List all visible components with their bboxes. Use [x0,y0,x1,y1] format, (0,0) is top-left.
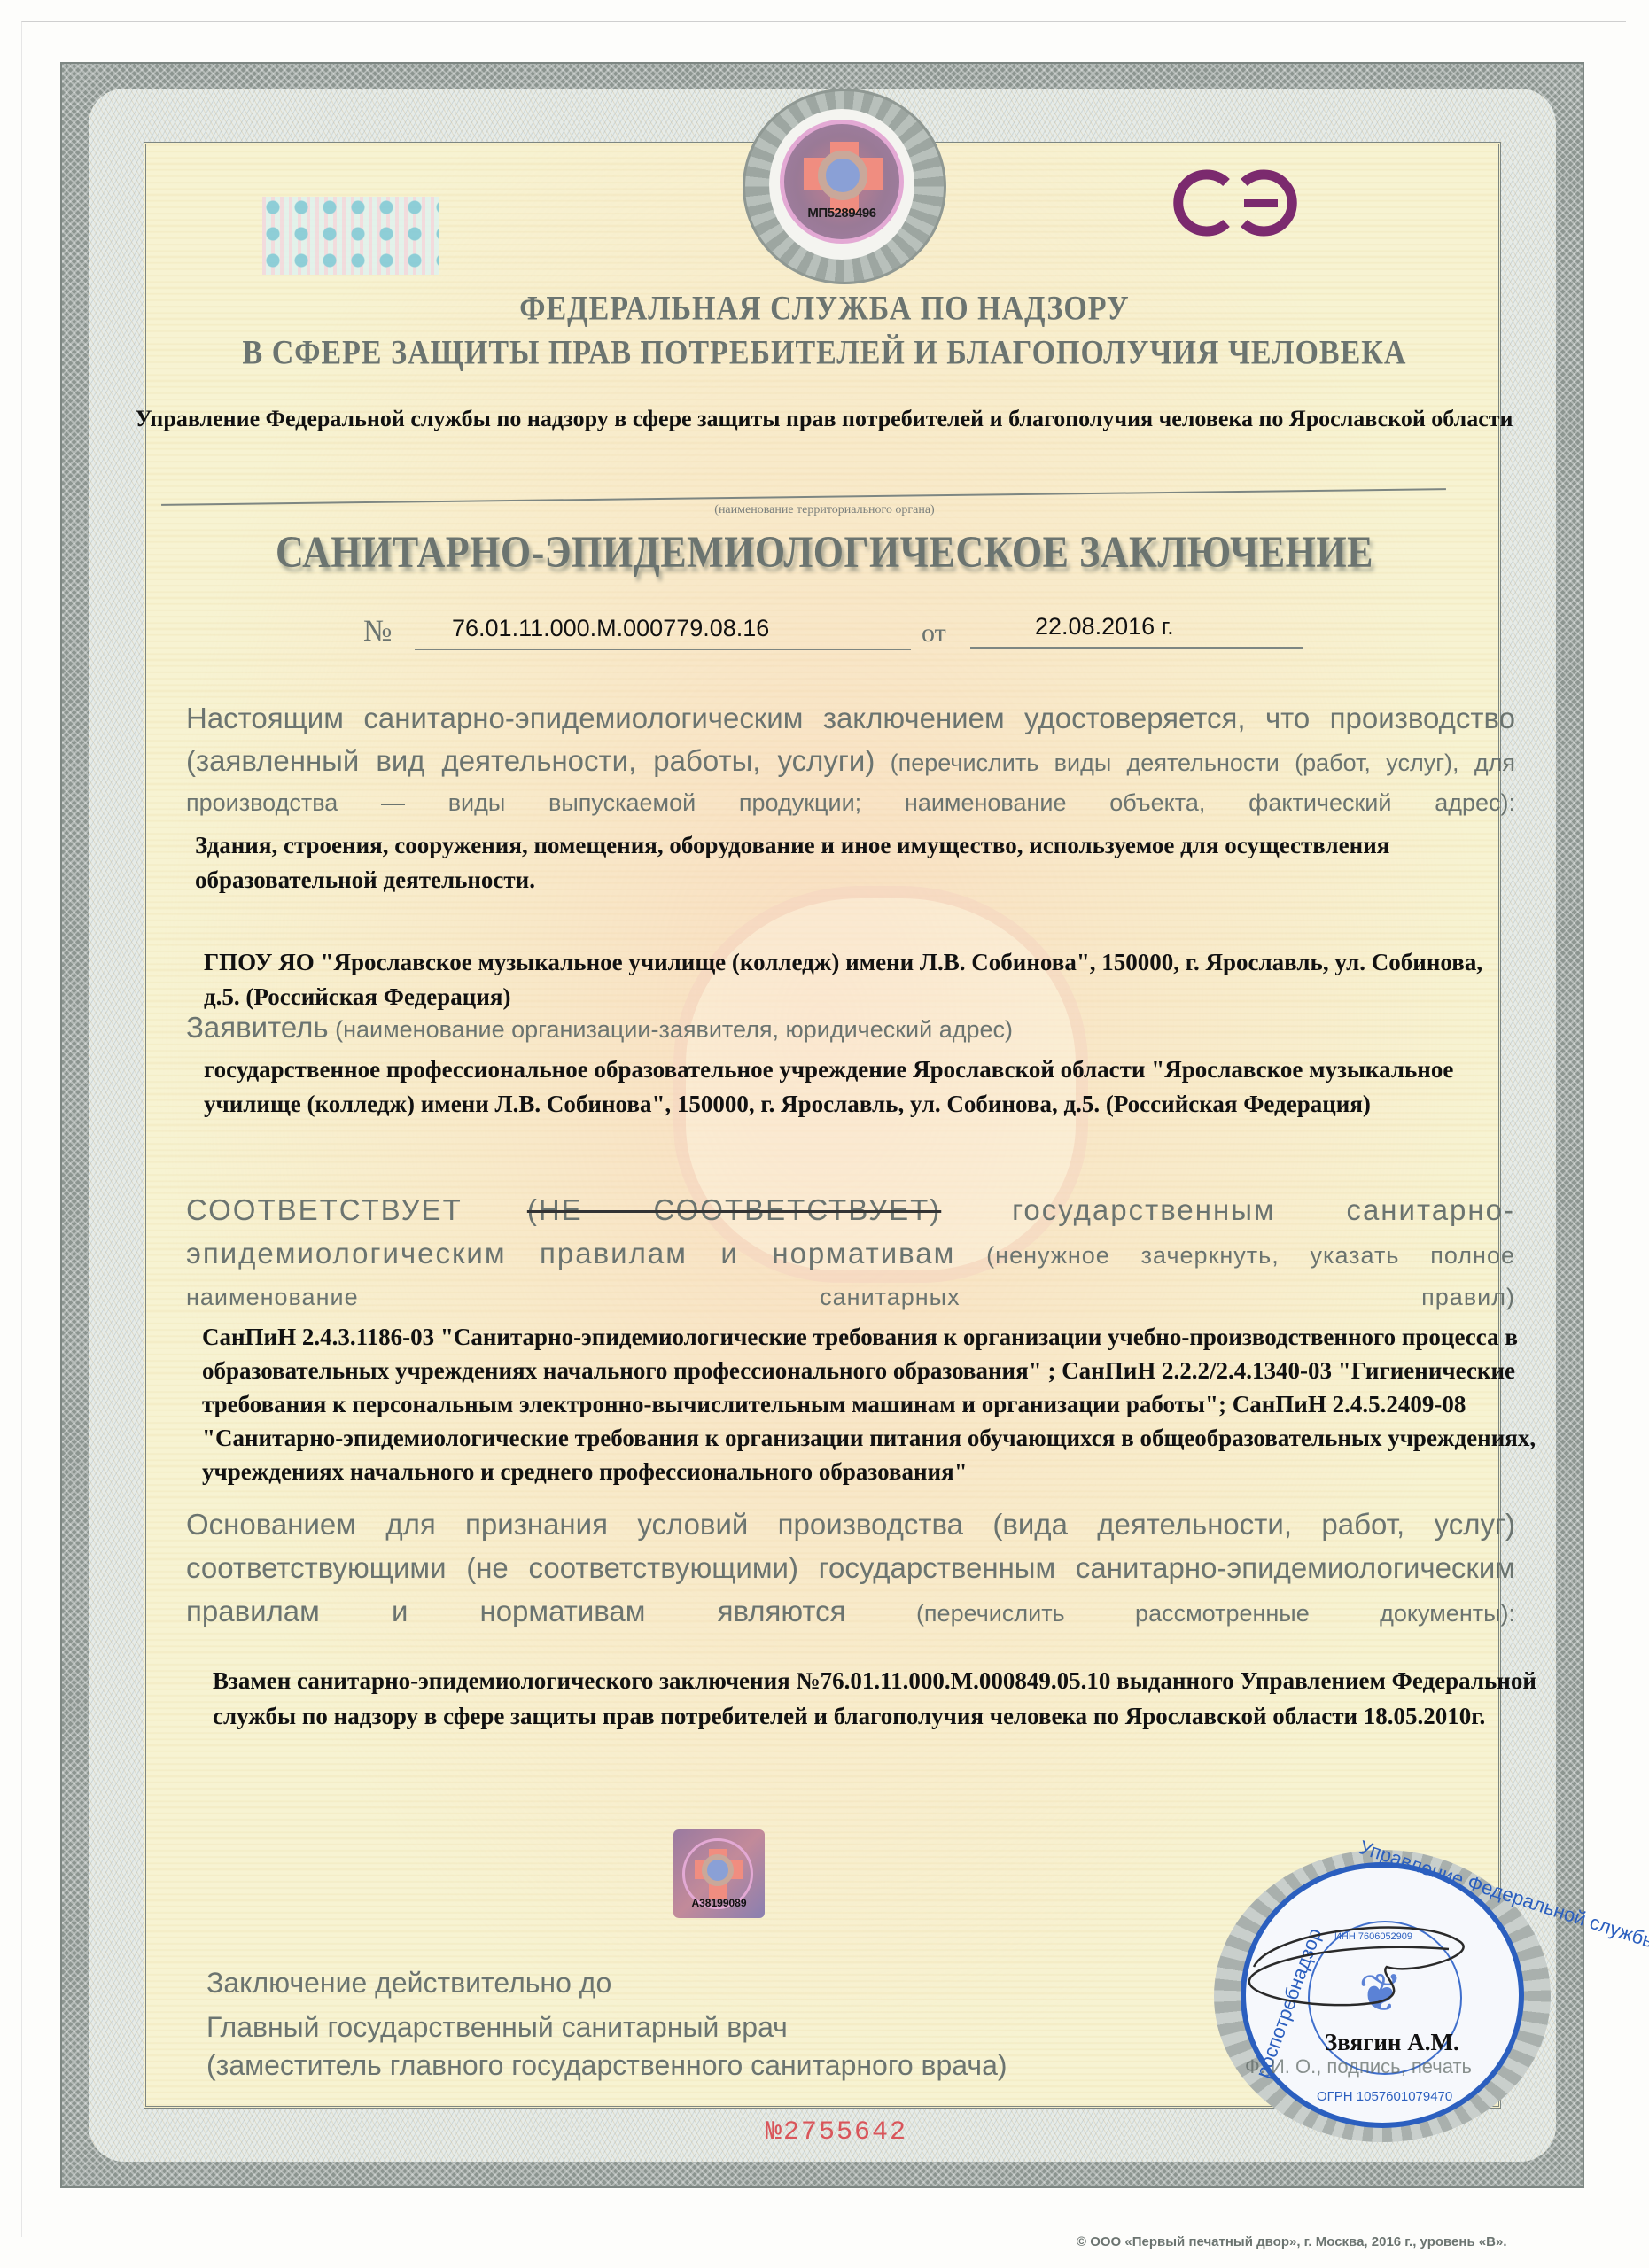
basis-paragraph: Основанием для признания условий произво… [186,1506,1515,1636]
document-date: 22.08.2016 г. [1035,613,1174,641]
stamp-ogrn: ОГРН 1057601079470 [1317,2089,1452,2104]
printer-credit: © ООО «Первый печатный двор», г. Москва,… [1077,2234,1507,2249]
sanitary-rules-field: СанПиН 2.4.3.1186-03 "Санитарно-эпидемио… [202,1320,1549,1488]
form-serial-number: №2755642 [766,2117,907,2148]
basis-documents-field: Взамен санитарно-эпидемиологического зак… [213,1663,1560,1734]
territorial-body-caption: (наименование территориального органа) [0,503,1649,517]
document-number-row: № 76.01.11.000.М.000779.08.16 от 22.08.2… [363,613,1303,654]
chief-title: Главный государственный санитарный врач [206,2011,788,2044]
valid-until-label: Заключение действительно до [206,1967,611,2000]
date-label: от [922,618,946,649]
conforms-text: СООТВЕТСТВУЕТ [186,1193,463,1226]
hologram-serial: МП5289496 [784,206,899,221]
c-letter-icon [702,1854,734,1886]
handwritten-signature [1236,1914,1502,2011]
number-label: № [363,615,392,649]
applicant-label: Заявитель [186,1011,329,1044]
date-underline [970,647,1303,649]
activity-field: Здания, строения, сооружения, помещения,… [195,828,1546,897]
applicant-field: государственное профессиональное образов… [204,1052,1551,1122]
bottom-hologram-sticker: А38199089 [673,1829,765,1918]
hologram-icon: МП5289496 [780,120,904,244]
intro-paragraph: Настоящим санитарно-эпидемиологическим з… [186,700,1515,825]
not-conforms-struck: (НЕ СООТВЕТСТВУЕТ) [527,1193,941,1226]
basis-hint: (перечислить рассмотренные документы): [846,1600,1516,1627]
agency-heading-line2: В СФЕРЕ ЗАЩИТЫ ПРАВ ПОТРЕБИТЕЛЕЙ И БЛАГО… [0,334,1649,373]
top-hologram-seal: МП5289496 [709,84,975,283]
agency-heading-line1: ФЕДЕРАЛЬНАЯ СЛУЖБА ПО НАДЗОРУ [0,290,1649,329]
applicant-hint: (наименование организации-заявителя, юри… [329,1016,1013,1043]
ce-logo-icon [1168,165,1301,241]
hologram-serial: А38199089 [673,1897,765,1909]
c-letter-icon [818,151,867,200]
document-title: САНИТАРНО-ЭПИДЕМИОЛОГИЧЕСКОЕ ЗАКЛЮЧЕНИЕ [0,526,1649,579]
object-address-field: ГПОУ ЯО "Ярославское музыкальное училище… [204,945,1524,1014]
signer-caption: Ф. И. О., подпись, печать [1245,2055,1472,2078]
territorial-body: Управление Федеральной службы по надзору… [133,403,1515,435]
applicant-label-line: Заявитель (наименование организации-заяв… [186,1010,1515,1052]
signer-name: Звягин А.М. [1325,2029,1459,2056]
document-number: 76.01.11.000.М.000779.08.16 [452,615,769,642]
number-underline [415,649,911,650]
deputy-title: (заместитель главного государственного с… [206,2049,1007,2082]
conformity-paragraph: СООТВЕТСТВУЕТ (НЕ СООТВЕТСТВУЕТ) государ… [186,1192,1515,1320]
hologram-strip [262,197,439,275]
